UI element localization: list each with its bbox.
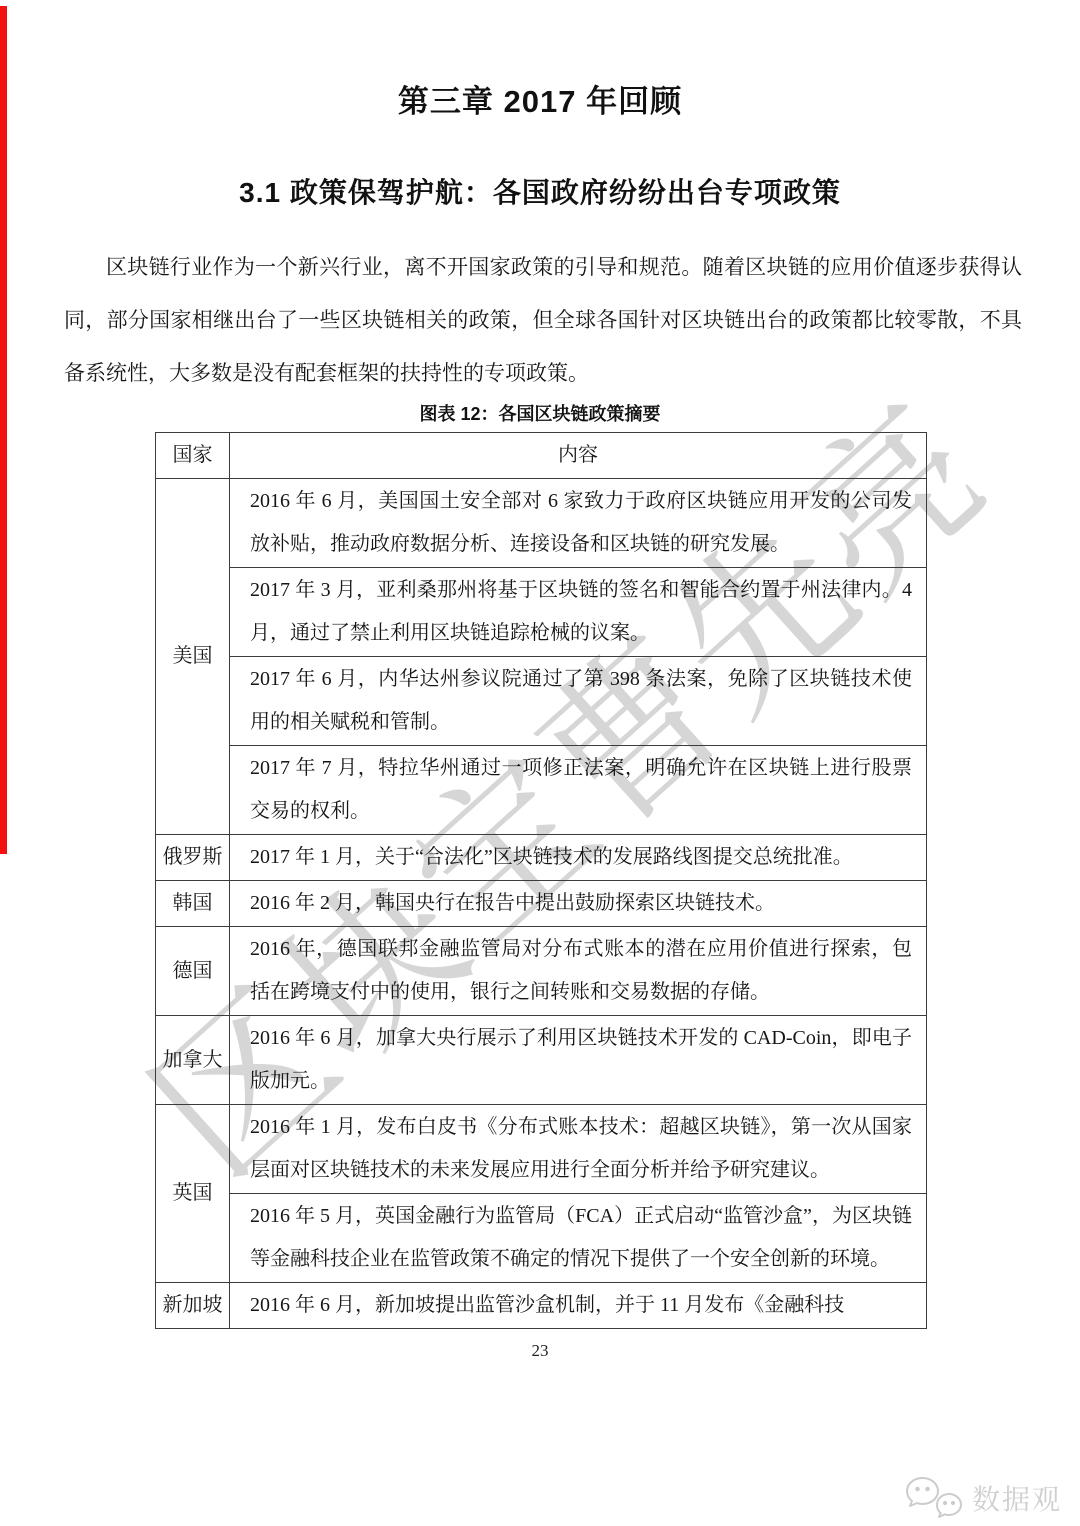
country-cell-russia: 俄罗斯 [156, 835, 230, 881]
section-title: 3.1 政策保驾护航：各国政府纷纷出台专项政策 [30, 171, 1050, 211]
column-header-content: 内容 [230, 433, 927, 479]
brand-logo: 数据观 [904, 1476, 1062, 1520]
policy-table: 国家 内容 美国 2016 年 6 月，美国国土安全部对 6 家致力于政府区块链… [155, 432, 927, 1329]
policy-cell: 2016 年 6 月，加拿大央行展示了利用区块链技术开发的 CAD-Coin，即… [230, 1016, 927, 1105]
policy-cell: 2016 年 6 月，新加坡提出监管沙盒机制，并于 11 月发布《金融科技 [230, 1283, 927, 1329]
table-row: 新加坡 2016 年 6 月，新加坡提出监管沙盒机制，并于 11 月发布《金融科… [156, 1283, 927, 1329]
document-page: 第三章 2017 年回顾 3.1 政策保驾护航：各国政府纷纷出台专项政策 区块链… [0, 76, 1080, 1361]
country-cell-uk: 英国 [156, 1105, 230, 1283]
table-header-row: 国家 内容 [156, 433, 927, 479]
table-caption: 图表 12：各国区块链政策摘要 [0, 400, 1080, 426]
table-row: 英国 2016 年 1 月，发布白皮书《分布式账本技术：超越区块链》，第一次从国… [156, 1105, 927, 1194]
policy-cell: 2017 年 1 月，关于“合法化”区块链技术的发展路线图提交总统批准。 [230, 835, 927, 881]
table-row: 2017 年 3 月，亚利桑那州将基于区块链的签名和智能合约置于州法律内。4 月… [156, 568, 927, 657]
policy-cell: 2016 年 6 月，美国国土安全部对 6 家致力于政府区块链应用开发的公司发放… [230, 479, 927, 568]
chapter-title: 第三章 2017 年回顾 [0, 76, 1080, 121]
country-cell-germany: 德国 [156, 927, 230, 1016]
table-row: 德国 2016 年，德国联邦金融监管局对分布式账本的潜在应用价值进行探索，包括在… [156, 927, 927, 1016]
intro-paragraph: 区块链行业作为一个新兴行业，离不开国家政策的引导和规范。随着区块链的应用价值逐步… [64, 241, 1022, 400]
country-cell-usa: 美国 [156, 479, 230, 835]
policy-cell: 2016 年 2 月，韩国央行在报告中提出鼓励探索区块链技术。 [230, 881, 927, 927]
brand-name: 数据观 [972, 1478, 1062, 1518]
policy-cell: 2016 年，德国联邦金融监管局对分布式账本的潜在应用价值进行探索，包括在跨境支… [230, 927, 927, 1016]
policy-cell: 2016 年 1 月，发布白皮书《分布式账本技术：超越区块链》，第一次从国家层面… [230, 1105, 927, 1194]
chat-bubbles-icon [904, 1476, 964, 1520]
page-number: 23 [0, 1341, 1080, 1361]
table-row: 2017 年 7 月，特拉华州通过一项修正法案，明确允许在区块链上进行股票交易的… [156, 746, 927, 835]
policy-cell: 2017 年 6 月，内华达州参议院通过了第 398 条法案，免除了区块链技术使… [230, 657, 927, 746]
policy-cell: 2017 年 3 月，亚利桑那州将基于区块链的签名和智能合约置于州法律内。4 月… [230, 568, 927, 657]
table-row: 韩国 2016 年 2 月，韩国央行在报告中提出鼓励探索区块链技术。 [156, 881, 927, 927]
country-cell-singapore: 新加坡 [156, 1283, 230, 1329]
table-row: 2017 年 6 月，内华达州参议院通过了第 398 条法案，免除了区块链技术使… [156, 657, 927, 746]
red-accent-line [0, 6, 7, 854]
table-row: 俄罗斯 2017 年 1 月，关于“合法化”区块链技术的发展路线图提交总统批准。 [156, 835, 927, 881]
policy-cell: 2017 年 7 月，特拉华州通过一项修正法案，明确允许在区块链上进行股票交易的… [230, 746, 927, 835]
country-cell-korea: 韩国 [156, 881, 230, 927]
policy-cell: 2016 年 5 月，英国金融行为监管局（FCA）正式启动“监管沙盒”，为区块链… [230, 1194, 927, 1283]
table-row: 美国 2016 年 6 月，美国国土安全部对 6 家致力于政府区块链应用开发的公… [156, 479, 927, 568]
table-row: 2016 年 5 月，英国金融行为监管局（FCA）正式启动“监管沙盒”，为区块链… [156, 1194, 927, 1283]
table-row: 加拿大 2016 年 6 月，加拿大央行展示了利用区块链技术开发的 CAD-Co… [156, 1016, 927, 1105]
country-cell-canada: 加拿大 [156, 1016, 230, 1105]
column-header-country: 国家 [156, 433, 230, 479]
